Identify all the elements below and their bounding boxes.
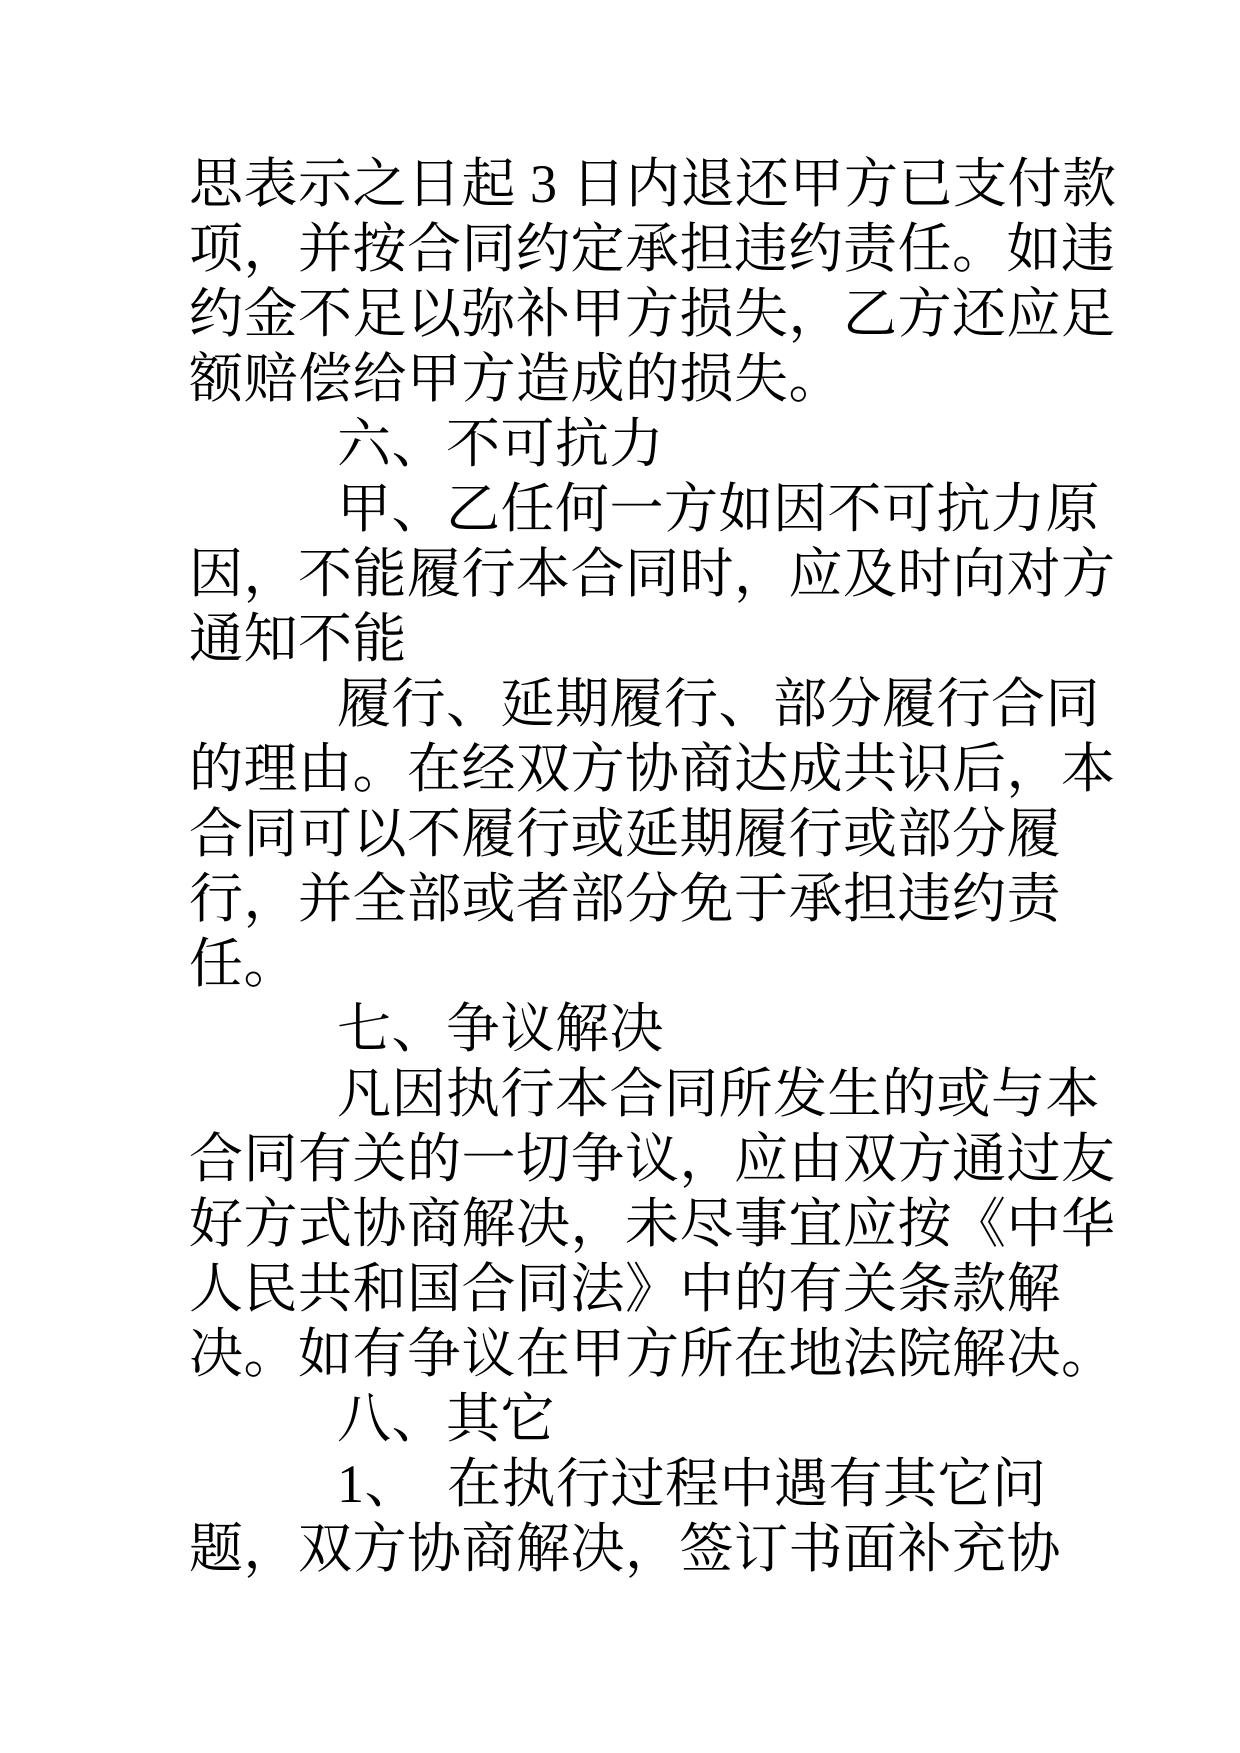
document-line: 行，并全部或者部分免于承担违约责 [189, 867, 1240, 932]
document-line: 任。 [189, 932, 1240, 997]
document-line: 通知不能 [189, 607, 1240, 672]
document-line: 决。如有争议在甲方所在地法院解决。 [189, 1322, 1240, 1387]
document-text-block: 思表示之日起 3 日内退还甲方已支付款 项，并按合同约定承担违约责任。如违 约金… [189, 152, 1240, 1582]
document-line: 合同可以不履行或延期履行或部分履 [189, 802, 1240, 867]
document-line: 凡因执行本合同所发生的或与本 [189, 1062, 1240, 1127]
document-line: 思表示之日起 3 日内退还甲方已支付款 [189, 152, 1240, 217]
document-line: 因，不能履行本合同时，应及时向对方 [189, 542, 1240, 607]
document-line: 履行、延期履行、部分履行合同 [189, 672, 1240, 737]
document-line: 额赔偿给甲方造成的损失。 [189, 347, 1240, 412]
document-section-heading: 八、其它 [189, 1387, 1240, 1452]
document-line: 题，双方协商解决，签订书面补充协 [189, 1517, 1240, 1582]
document-line: 约金不足以弥补甲方损失，乙方还应足 [189, 282, 1240, 347]
document-line: 甲、乙任何一方如因不可抗力原 [189, 477, 1240, 542]
document-page: 思表示之日起 3 日内退还甲方已支付款 项，并按合同约定承担违约责任。如违 约金… [0, 0, 1240, 1753]
document-line: 人民共和国合同法》中的有关条款解 [189, 1257, 1240, 1322]
document-section-heading: 六、不可抗力 [189, 412, 1240, 477]
document-list-item: 1、 在执行过程中遇有其它问 [189, 1452, 1240, 1517]
document-line: 项，并按合同约定承担违约责任。如违 [189, 217, 1240, 282]
document-line: 合同有关的一切争议，应由双方通过友 [189, 1127, 1240, 1192]
document-line: 好方式协商解决，未尽事宜应按《中华 [189, 1192, 1240, 1257]
document-line: 的理由。在经双方协商达成共识后，本 [189, 737, 1240, 802]
document-section-heading: 七、争议解决 [189, 997, 1240, 1062]
